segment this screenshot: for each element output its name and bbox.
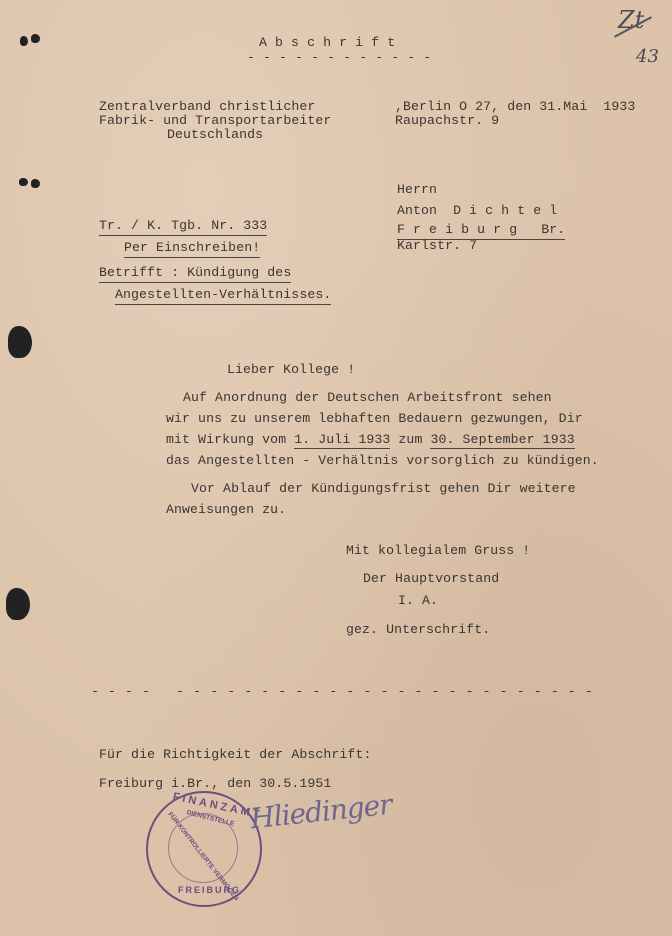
punch-hole bbox=[20, 36, 28, 46]
punch-hole bbox=[6, 588, 30, 620]
sender-address: Raupachstr. 9 bbox=[395, 113, 499, 129]
end-date: 30. September 1933 bbox=[430, 432, 574, 449]
delivery-method: Per Einschreiben! bbox=[124, 240, 260, 258]
punch-hole bbox=[31, 179, 40, 188]
subject-line-2: Angestellten-Verhältnisses. bbox=[115, 287, 331, 305]
document-page: Zt 43 A b s c h r i f t - - - - - - - - … bbox=[0, 0, 672, 936]
punch-hole bbox=[19, 178, 28, 186]
body-p1-line-1: Auf Anordnung der Deutschen Arbeitsfront… bbox=[183, 390, 552, 406]
subject-line-1: Betrifft : Kündigung des bbox=[99, 265, 291, 283]
body-p1-line-3: mit Wirkung vom 1. Juli 1933 zum 30. Sep… bbox=[166, 432, 575, 448]
body-p1-line-2: wir uns zu unserem lebhaften Bedauern ge… bbox=[166, 411, 583, 427]
certification-line-2: Freiburg i.Br., den 30.5.1951 bbox=[99, 776, 331, 792]
margin-note-initials: Zt bbox=[618, 6, 644, 34]
punch-hole bbox=[31, 34, 40, 43]
closing-signatory: Der Hauptvorstand bbox=[363, 571, 499, 587]
official-stamp: FINANZAMT DIENSTSTELLE FÜR KONTROLLIERTE… bbox=[146, 791, 262, 907]
body-p1-line-4: das Angestellten - Verhältnis vorsorglic… bbox=[166, 453, 599, 469]
recipient-street: Karlstr. 7 bbox=[397, 238, 477, 254]
start-date: 1. Juli 1933 bbox=[294, 432, 390, 449]
title-underline: - - - - - - - - - - - - bbox=[247, 50, 431, 66]
punch-hole bbox=[8, 326, 32, 358]
recipient-salutation: Herrn bbox=[397, 182, 437, 198]
body-text: mit Wirkung vom bbox=[166, 432, 294, 447]
handwritten-signature: Hliedinger bbox=[249, 788, 393, 836]
stamp-bottom-text: FREIBURG bbox=[178, 885, 241, 895]
body-p2-line-1: Vor Ablauf der Kündigungsfrist gehen Dir… bbox=[191, 481, 576, 497]
document-title: A b s c h r i f t bbox=[259, 35, 395, 51]
closing-signed: gez. Unterschrift. bbox=[346, 622, 490, 638]
recipient-name: Anton D i c h t e l bbox=[397, 203, 557, 219]
separator-line: - - - - - - - - - - - - - - - - - - - - … bbox=[91, 684, 593, 700]
body-text: zum bbox=[390, 432, 430, 447]
margin-note-number: 43 bbox=[636, 46, 659, 67]
closing-regards: Mit kollegialem Gruss ! bbox=[346, 543, 530, 559]
greeting: Lieber Kollege ! bbox=[227, 362, 355, 378]
closing-ia: I. A. bbox=[398, 593, 438, 609]
reference-number: Tr. / K. Tgb. Nr. 333 bbox=[99, 218, 267, 236]
sender-line-3: Deutschlands bbox=[167, 127, 263, 143]
body-p2-line-2: Anweisungen zu. bbox=[166, 502, 286, 518]
certification-line-1: Für die Richtigkeit der Abschrift: bbox=[99, 747, 371, 763]
